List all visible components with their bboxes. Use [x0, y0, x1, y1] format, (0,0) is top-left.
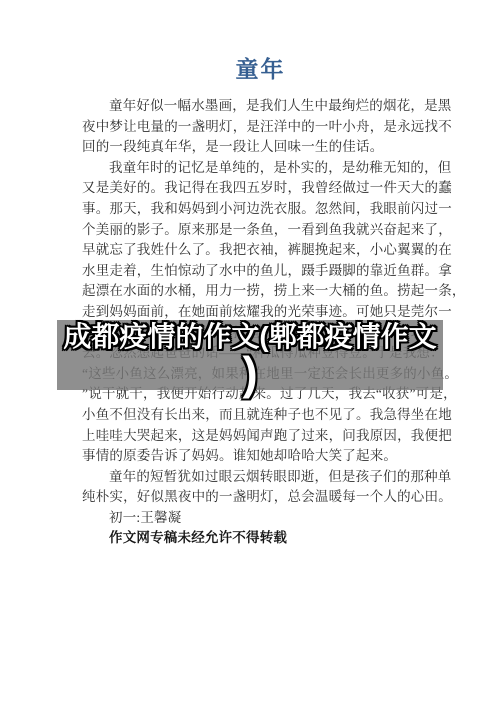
essay-line: 回的一段纯真年华，是一段让人回味一生的佳话。 — [82, 137, 439, 158]
essay-line: 水里走着，生怕惊动了水中的鱼儿，蹑手蹑脚的靠近鱼群。拿 — [82, 261, 439, 282]
essay-line: 小鱼不但没有长出来，而且就连种子也不见了。我急得坐在地 — [82, 405, 439, 426]
essay-line: 事。那天，我和妈妈到小河边洗衣服。忽然间，我眼前闪过一 — [82, 199, 439, 220]
essay-line: 个美丽的影子。原来那是一条鱼，一看到鱼我就兴奋起来了， — [82, 220, 439, 241]
essay-line: 我童年时的记忆是单纯的，是朴实的，是幼稚无知的，但 — [82, 158, 439, 179]
essay-line: 事情的原委告诉了妈妈。谁知她却哈哈大笑了起来。 — [82, 446, 439, 467]
essay-line: 作文网专稿未经允许不得转载 — [82, 528, 439, 549]
essay-line: 童年的短暂犹如过眼云烟转眼即逝，但是孩子们的那种单 — [82, 467, 439, 488]
essay-line: 早就忘了我姓什么了。我把衣袖，裤腿挽起来，小心翼翼的在 — [82, 240, 439, 261]
essay-line: 夜中梦让电量的一盏明灯，是汪洋中的一叶小舟，是永远找不 — [82, 117, 439, 138]
watermark-title-line2: ) — [57, 347, 443, 399]
watermark-banner: 成都疫情的作文(郫都疫情作文 ) — [57, 320, 443, 390]
essay-line: 童年好似一幅水墨画，是我们人生中最绚烂的烟花，是黑 — [82, 96, 439, 117]
essay-line: 起漂在水面的水桶，用力一捞，捞上来一大桶的鱼。捞起一条， — [82, 281, 439, 302]
essay-line: 初一:王馨凝 — [82, 508, 439, 529]
essay-line: 上哇哇大哭起来，这是妈妈闻声跑了过来，问我原因，我便把 — [82, 426, 439, 447]
essay-line: 纯朴实，好似黑夜中的一盏明灯，总会温暖每一个人的心田。 — [82, 487, 439, 508]
document-page: 童年 童年好似一幅水墨画，是我们人生中最绚烂的烟花，是黑夜中梦让电量的一盏明灯，… — [0, 0, 500, 706]
page-title: 童年 — [82, 51, 439, 84]
essay-line: 又是美好的。我记得在我四五岁时，我曾经做过一件天大的蠢 — [82, 178, 439, 199]
